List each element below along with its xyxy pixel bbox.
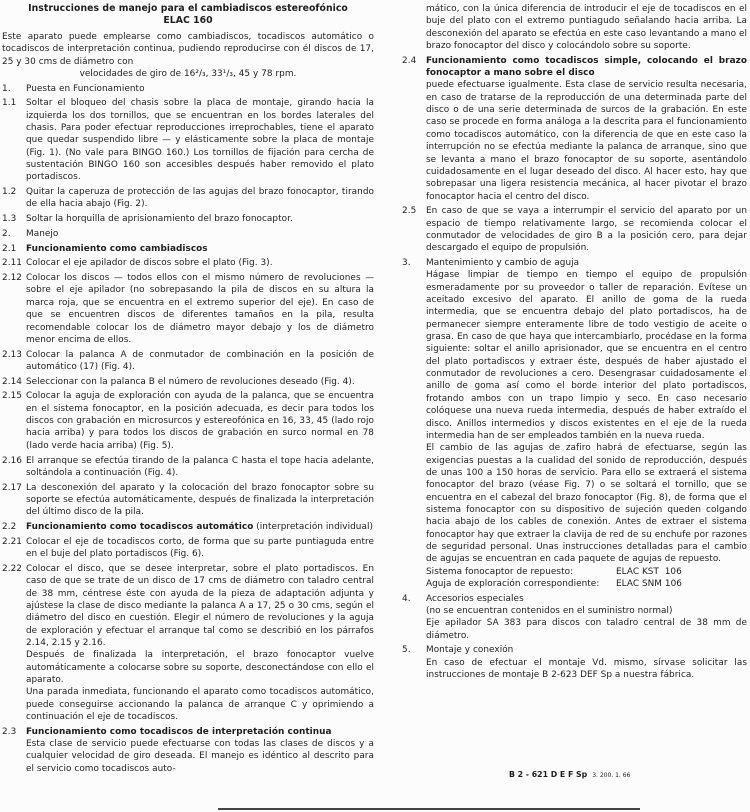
- section-text: Colocar la palanca A de conmutador de co…: [26, 349, 374, 374]
- section-note: (no se encuentran contenidos en el sumin…: [426, 605, 747, 617]
- intro-text: Este aparato puede emplearse como cambia…: [2, 32, 374, 67]
- section-2-11: 2.11 Colocar el eje apilador de discos s…: [2, 257, 374, 269]
- section-body: Accesorios especiales (no se encuentran …: [426, 593, 747, 642]
- section-2-15: 2.15 Colocar la aguja de exploración con…: [2, 390, 374, 452]
- section-text: En caso de efectuar el montaje Vd. mismo…: [426, 657, 747, 682]
- section-number: 2.22: [2, 563, 26, 723]
- spec-label: Aguja de exploración correspondiente:: [426, 578, 616, 590]
- section-2-21: 2.21 Colocar el eje de tocadiscos corto,…: [2, 536, 374, 561]
- section-number: 2.5: [402, 205, 426, 254]
- section-1-2: 1.2 Quitar la caperuza de protección de …: [2, 186, 374, 211]
- section-2-4: 2.4 Funcionamiento como tocadiscos simpl…: [402, 55, 747, 203]
- title-line-1: Instrucciones de manejo para el cambiadi…: [2, 3, 374, 15]
- spec-row-stylus: Aguja de exploración correspondiente: EL…: [426, 578, 747, 590]
- section-1-3: 1.3 Soltar la horquilla de aprisionamien…: [2, 213, 374, 225]
- section-2-16: 2.16 El arranque se efectúa tirando de l…: [2, 455, 374, 480]
- section-text: Soltar el bloqueo del chasis sobre la pl…: [26, 97, 374, 183]
- section-heading: Mantenimiento y cambio de aguja: [426, 257, 747, 269]
- left-column: Instrucciones de manejo para el cambiadi…: [2, 0, 374, 775]
- spec-label: Sistema fonocaptor de repuesto:: [426, 566, 616, 578]
- section-number: 1.: [2, 83, 26, 95]
- section-body: Colocar el disco, que se desee interpret…: [26, 563, 374, 723]
- section-text: En caso de que se vaya a interrumpir el …: [426, 205, 747, 254]
- section-number: 2.11: [2, 257, 26, 269]
- section-heading-wrap: Funcionamiento como tocadiscos automátic…: [26, 521, 374, 533]
- section-text: Colocar el eje de tocadiscos corto, de f…: [26, 536, 374, 561]
- section-body: Funcionamiento como tocadiscos de interp…: [26, 726, 374, 775]
- intro-paragraph: Este aparato puede emplearse como cambia…: [2, 31, 374, 80]
- section-1: 1. Puesta en Funcionamiento: [2, 83, 374, 95]
- spec-value: ELAC SNM 106: [616, 578, 682, 590]
- section-3: 3. Mantenimiento y cambio de aguja Hágas…: [402, 257, 747, 590]
- section-text-3: Una parada inmediata, funcionando el apa…: [26, 686, 374, 723]
- section-number: 2.2: [2, 521, 26, 533]
- title-line-2: ELAC 160: [2, 15, 374, 27]
- section-heading: Funcionamiento como tocadiscos simple, c…: [426, 55, 747, 80]
- section-2-2: 2.2 Funcionamiento como tocadiscos autom…: [2, 521, 374, 533]
- section-number: 2.17: [2, 482, 26, 519]
- section-body: Montaje y conexión En caso de efectuar e…: [426, 644, 747, 681]
- section-5: 5. Montaje y conexión En caso de efectua…: [402, 644, 747, 681]
- section-text-2: Después de finalizada la interpretación,…: [26, 649, 374, 686]
- intro-speeds: velocidades de giro de 16²/₃, 33¹/₃, 45 …: [2, 68, 374, 80]
- section-body: Funcionamiento como tocadiscos simple, c…: [426, 55, 747, 203]
- section-heading: Puesta en Funcionamiento: [26, 83, 374, 95]
- spec-row-cartridge: Sistema fonocaptor de repuesto: ELAC KST…: [426, 566, 747, 578]
- section-text: Colocar el disco, que se desee interpret…: [26, 563, 374, 649]
- section-text: Colocar la aguja de exploración con ayud…: [26, 390, 374, 452]
- section-text: Colocar los discos — todos ellos con el …: [26, 272, 374, 346]
- section-heading: Montaje y conexión: [426, 644, 747, 656]
- section-number: 2.3: [2, 726, 26, 775]
- section-2-12: 2.12 Colocar los discos — todos ellos co…: [2, 272, 374, 346]
- section-2-22: 2.22 Colocar el disco, que se desee inte…: [2, 563, 374, 723]
- document-title: Instrucciones de manejo para el cambiadi…: [2, 3, 374, 28]
- section-2-17: 2.17 La desconexión del aparato y la col…: [2, 482, 374, 519]
- print-date: 3. 200. 1. 66: [592, 772, 630, 779]
- section-text-2: El cambio de las agujas de zafiro habrá …: [426, 442, 747, 565]
- section-heading: Funcionamiento como tocadiscos de interp…: [26, 726, 374, 738]
- section-2-1: 2.1 Funcionamiento como cambiadiscos: [2, 243, 374, 255]
- section-number: 2.15: [2, 390, 26, 452]
- section-text: Esta clase de servicio puede efectuarse …: [26, 738, 374, 775]
- section-2: 2. Manejo: [2, 228, 374, 240]
- section-number: 1.2: [2, 186, 26, 211]
- section-heading: Accesorios especiales: [426, 593, 747, 605]
- section-heading: Funcionamiento como cambiadiscos: [26, 243, 374, 255]
- section-2-14: 2.14 Seleccionar con la palanca B el núm…: [2, 376, 374, 388]
- section-heading: Manejo: [26, 228, 374, 240]
- section-text: Soltar la horquilla de aprisionamiento d…: [26, 213, 374, 225]
- section-body: Mantenimiento y cambio de aguja Hágase l…: [426, 257, 747, 590]
- section-text: Colocar el eje apilador de discos sobre …: [26, 257, 374, 269]
- section-2-3: 2.3 Funcionamiento como tocadiscos de in…: [2, 726, 374, 775]
- section-2-13: 2.13 Colocar la palanca A de conmutador …: [2, 349, 374, 374]
- section-number: 2.14: [2, 376, 26, 388]
- section-text: puede efectuarse igualmente. Esta clase …: [426, 79, 747, 202]
- spec-value: ELAC KST 106: [616, 566, 682, 578]
- bottom-rule: [218, 808, 640, 810]
- section-heading-suffix: (interpretación individual): [253, 522, 373, 532]
- document-code-text: B 2 - 621 D E F Sp: [509, 770, 587, 779]
- section-4: 4. Accesorios especiales (no se encuentr…: [402, 593, 747, 642]
- section-number: 5.: [402, 644, 426, 681]
- section-number: 4.: [402, 593, 426, 642]
- section-heading: Funcionamiento como tocadiscos automátic…: [26, 522, 253, 532]
- section-number: 2.13: [2, 349, 26, 374]
- section-text: Quitar la caperuza de protección de las …: [26, 186, 374, 211]
- section-number: 2.: [2, 228, 26, 240]
- section-text: El arranque se efectúa tirando de la pal…: [26, 455, 374, 480]
- section-number: 2.1: [2, 243, 26, 255]
- section-number: 1.3: [2, 213, 26, 225]
- section-1-1: 1.1 Soltar el bloqueo del chasis sobre l…: [2, 97, 374, 183]
- section-number: 2.16: [2, 455, 26, 480]
- right-column: mático, con la única diferencia de intro…: [402, 0, 747, 682]
- section-number: 3.: [402, 257, 426, 590]
- section-2-3-continued: mático, con la única diferencia de intro…: [426, 3, 747, 52]
- section-number: 1.1: [2, 97, 26, 183]
- section-number: 2.4: [402, 55, 426, 203]
- section-text: La desconexión del aparato y la colocaci…: [26, 482, 374, 519]
- section-2-5: 2.5 En caso de que se vaya a interrumpir…: [402, 205, 747, 254]
- section-text: Hágase limpiar de tiempo en tiempo el eq…: [426, 269, 747, 442]
- document-code: B 2 - 621 D E F Sp3. 200. 1. 66: [509, 770, 630, 779]
- section-number: 2.21: [2, 536, 26, 561]
- section-text: Seleccionar con la palanca B el número d…: [26, 376, 374, 388]
- section-number: 2.12: [2, 272, 26, 346]
- section-text: Eje apilador SA 383 para discos con tala…: [426, 617, 747, 642]
